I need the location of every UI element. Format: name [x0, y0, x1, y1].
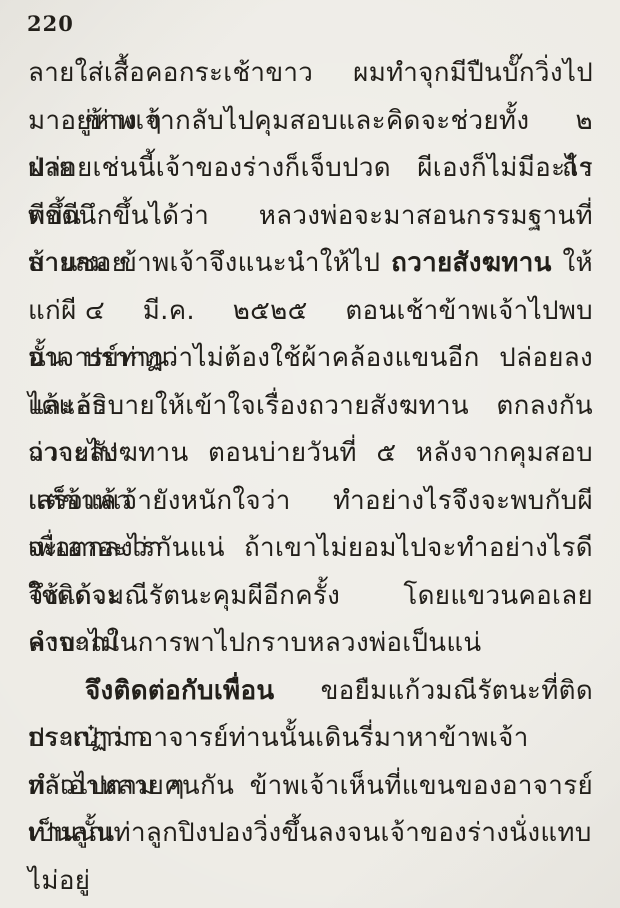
page-body: ลายใส่เสื้อคอกระเช้าขาว ผมทำจุกมีปืนบั๊ก…: [28, 50, 593, 858]
text-line: นั้น ปรากฏว่าไม่ต้องใช้ผ้าคล้องแขนอีก ปล…: [28, 335, 593, 383]
text-line: ปล่อยเช่นนี้เจ้าของร่างก็เจ็บปวด ผีเองก็…: [28, 145, 593, 193]
page-number: 220: [27, 11, 74, 36]
text-line: ลายใส่เสื้อคอกระเช้าขาว ผมทำจุกมีปืนบั๊ก…: [28, 50, 593, 98]
book-page: { "page": { "number": "220" }, "colors":…: [0, 0, 620, 908]
text-line: เป็นลูกเท่าลูกปิงปองวิ่งขึ้นลงจนเจ้าของร…: [28, 810, 593, 858]
text-line: แต่ข้าพเจ้ายังหนักใจว่า ทำอย่างไรจึงจะพบ…: [28, 478, 593, 526]
bold-phrase: จึงติดต่อกับเพื่อน: [85, 676, 274, 706]
text-line: ข้าพเจ้ากลับไปคุมสอบและคิดจะช่วยทั้ง ๒ ฝ…: [28, 98, 593, 146]
text-line: ถวายสังฆทาน ตอนบ่ายวันที่ ๕ หลังจากคุมสอ…: [28, 430, 593, 478]
text-line: พอดีนึกขึ้นได้ว่า หลวงพ่อจะมาสอนกรรมฐานท…: [28, 193, 593, 241]
text-segment: สายลม ข้าพเจ้าจึงแนะนำให้ไป: [28, 248, 391, 278]
text-line: กลัวไปตาม ๆ กัน ข้าพเจ้าเห็นที่แขนของอาจ…: [28, 763, 593, 811]
text-line: จึงติดต่อกับเพื่อน ขอยืมแก้วมณีรัตนะที่ต…: [28, 668, 593, 716]
text-lines: ลายใส่เสื้อคอกระเช้าขาว ผมทำจุกมีปืนบั๊ก…: [28, 50, 593, 858]
text-segment: เป็นลูกเท่าลูกปิงปองวิ่งขึ้นลงจนเจ้าของร…: [28, 818, 592, 896]
text-line: และอธิบายให้เข้าใจเรื่องถวายสังฆทาน ตกลง…: [28, 383, 593, 431]
text-segment: ลำบากในการพาไปกราบหลวงพ่อเป็นแน่: [28, 628, 482, 658]
bold-phrase: ถวายสังฆทาน: [391, 248, 552, 278]
text-line: ลำบากในการพาไปกราบหลวงพ่อเป็นแน่: [28, 620, 593, 668]
text-line: ใช้แก้วมณีรัตนะคุมผีอีกครั้ง โดยแขวนคอเล…: [28, 573, 593, 621]
text-line: สายลม ข้าพเจ้าจึงแนะนำให้ไป ถวายสังฆทาน …: [28, 240, 593, 288]
text-line: ๔ มี.ค. ๒๕๒๕ ตอนเช้าข้าพเจ้าไปพบอาจารย์ท…: [28, 288, 593, 336]
text-line: จะเอาอะไรกันแน่ ถ้าเขาไม่ยอมไปจะทำอย่างไ…: [28, 525, 593, 573]
text-line: ปรากฏว่าอาจารย์ท่านนั้นเดินรี่มาหาข้าพเจ…: [28, 715, 593, 763]
